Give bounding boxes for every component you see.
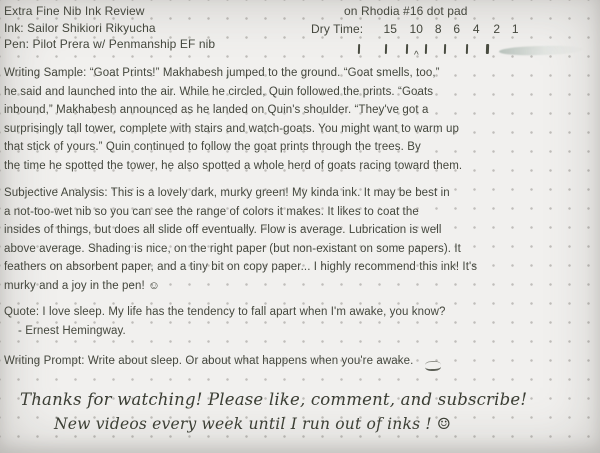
dry-time-value-4: 4 (466, 21, 486, 38)
handwritten-line: a not-too-wet nib so you can see the ran… (4, 203, 477, 222)
review-header: Extra Fine Nib Ink Review Ink: Sailor Sh… (4, 3, 215, 53)
scribble-mark (425, 361, 441, 372)
writing-sample-paragraph: Writing Sample: “Goat Prints!” Makhabesh… (4, 64, 462, 176)
dry-time-value-2: 2 (486, 21, 507, 38)
ink-tick-mark (358, 44, 360, 54)
ink-tick-mark (406, 44, 408, 54)
handwritten-line: Subjective Analysis: This is a lovely da… (4, 184, 477, 203)
dry-time-swab-ticks (355, 44, 489, 54)
dry-time-value-1: 1 (507, 21, 523, 38)
ink-name-line: Ink: Sailor Shikiori Rikyucha (4, 20, 215, 37)
ink-tick-mark (444, 44, 446, 54)
ink-tick-mark (485, 44, 488, 54)
closing-section: Thanks for watching! Please like, commen… (20, 388, 527, 436)
ink-tick-mark (466, 44, 468, 54)
handwritten-line: murky and a joy in the pen! ☺ (4, 277, 477, 296)
paper-note: on Rhodia #16 dot pad (344, 3, 468, 20)
closing-thanks-line: Thanks for watching! Please like, commen… (20, 388, 527, 412)
writing-prompt-text: Writing Prompt: Write about sleep. Or ab… (4, 352, 413, 371)
dry-time-value-15: 15 (377, 21, 403, 38)
quote-text: Quote: I love sleep. My life has the ten… (4, 303, 446, 322)
quote-section: Quote: I love sleep. My life has the ten… (4, 303, 446, 340)
ink-tick-mark (425, 44, 427, 54)
dry-time-value-10: 10 (403, 21, 429, 38)
handwritten-line: that stick of yours.” Quin continued to … (4, 138, 462, 157)
handwritten-line: feathers on absorbent paper, and a tiny … (4, 258, 477, 277)
pen-name-line: Pen: Pilot Prera w/ Penmanship EF nib (4, 36, 215, 53)
ink-review-page: { "colors": { "ink": "#44473d", "paper":… (0, 0, 600, 453)
handwritten-line: the time he spotted the tower, he also s… (4, 157, 462, 176)
handwritten-line: inbound,” Makhabesh announced as he land… (4, 101, 462, 120)
ink-tick-mark (384, 44, 386, 54)
dry-time-row: Dry Time: 15 10 8 6 4 2 1 (311, 21, 523, 38)
handwritten-line: surprisingly tall tower, complete with s… (4, 120, 462, 139)
dry-time-label: Dry Time: (311, 21, 363, 38)
writing-prompt-section: Writing Prompt: Write about sleep. Or ab… (4, 352, 413, 371)
page-title: Extra Fine Nib Ink Review (4, 3, 215, 20)
dry-time-value-6: 6 (447, 21, 466, 38)
subjective-analysis-paragraph: Subjective Analysis: This is a lovely da… (4, 184, 477, 296)
quote-attribution: - Ernest Hemingway. (4, 322, 446, 341)
handwritten-line: he said and launched into the air. While… (4, 83, 462, 102)
handwritten-line: above average. Shading is nice, on the r… (4, 240, 477, 259)
handwritten-line: Writing Sample: “Goat Prints!” Makhabesh… (4, 64, 462, 83)
dry-time-value-8: 8 (429, 21, 447, 38)
dry-time-caret-mark: ^ (414, 50, 419, 61)
closing-schedule-line: New videos every week until I run out of… (20, 412, 527, 436)
handwritten-line: insides of things, but does all slide of… (4, 221, 477, 240)
